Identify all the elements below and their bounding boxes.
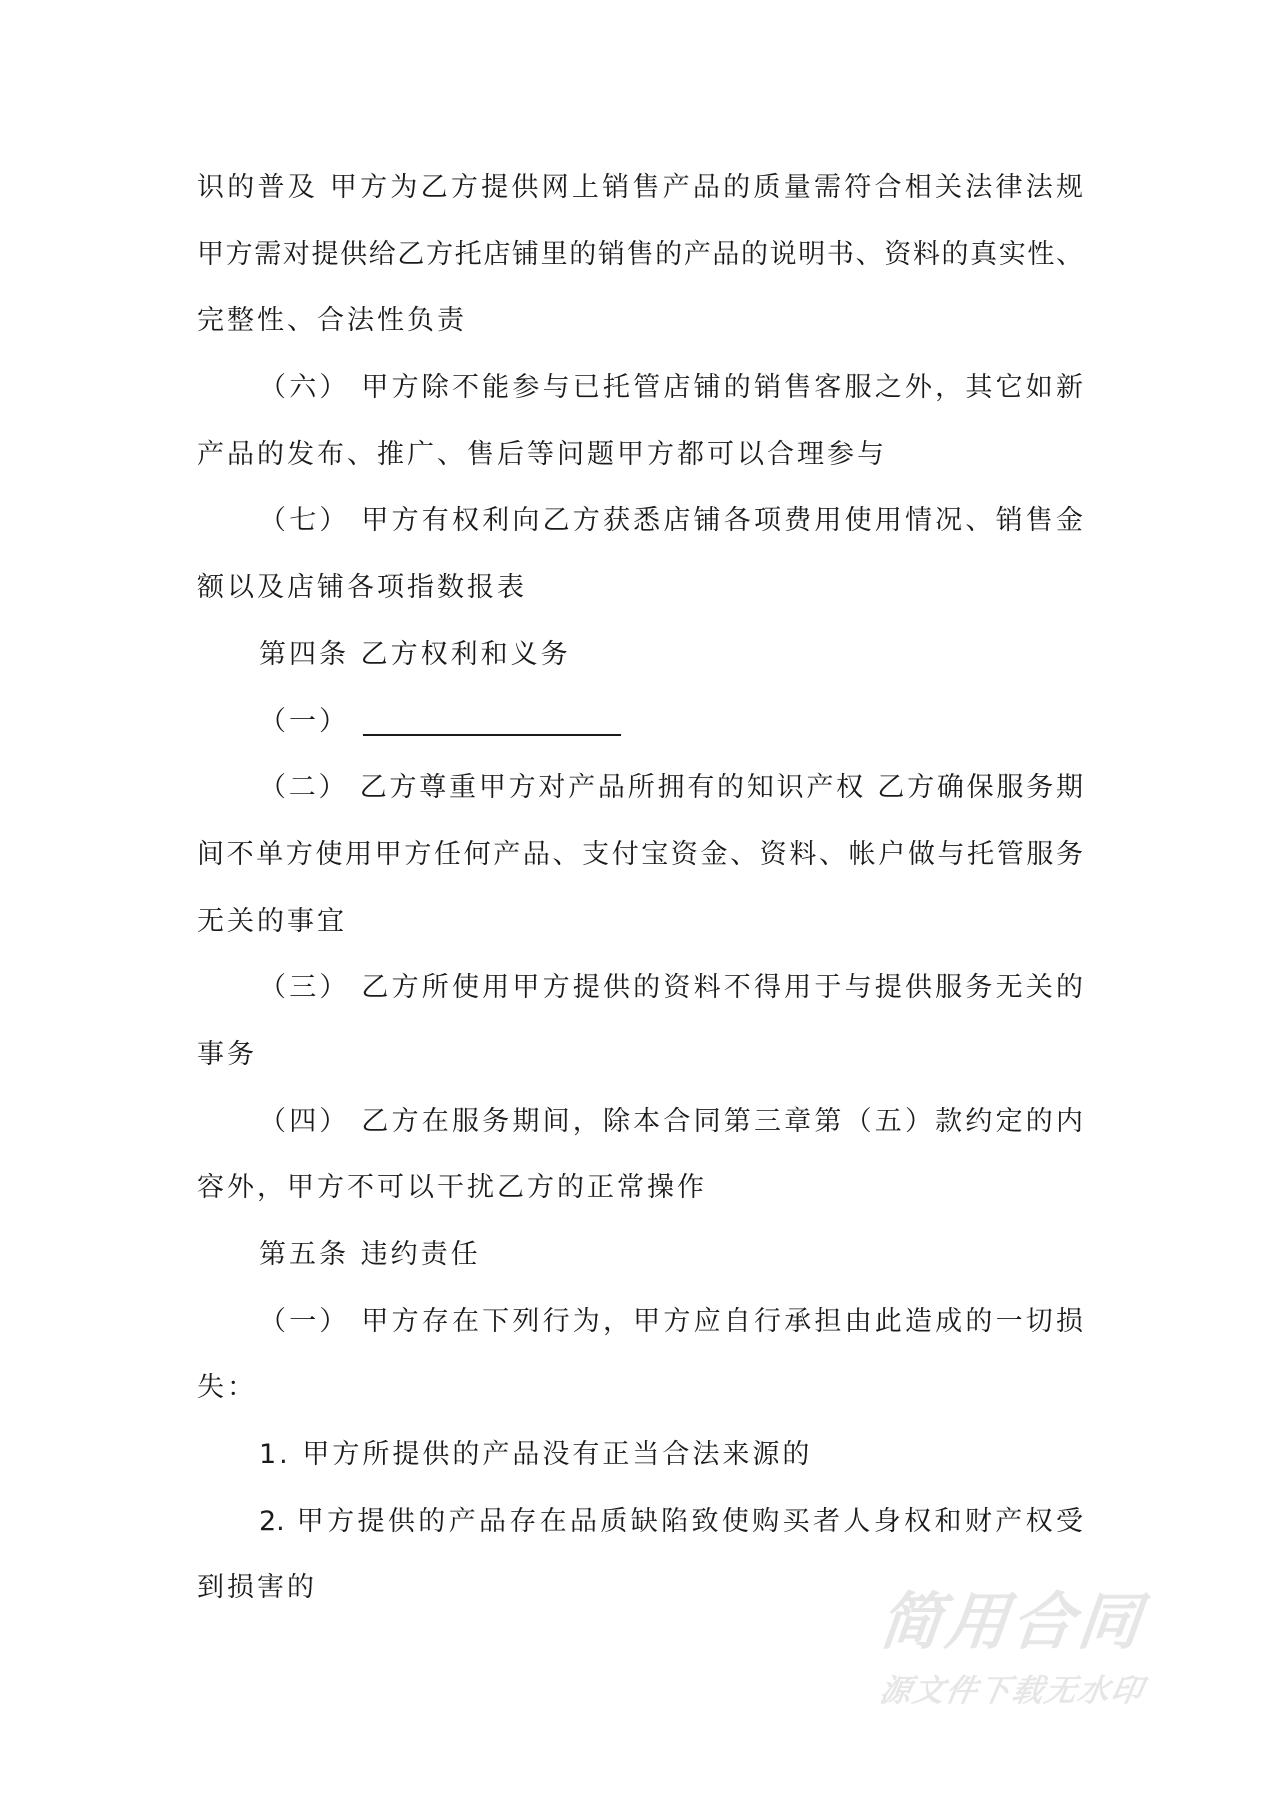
sub-item-1: 1. 甲方所提供的产品没有正当合法来源的 [197,1422,1083,1489]
clause-label: （一） [259,706,349,737]
paragraph-line: 产品的发布、推广、售后等问题甲方都可以合理参与 [197,422,1083,489]
clause-item-2: （二） 乙方尊重甲方对产品所拥有的知识产权 乙方确保服务期 [197,755,1083,822]
clause-item-1-blank: （一） [197,689,1083,756]
paragraph-line: 无关的事宜 [197,889,1083,956]
article-5-heading: 第五条 违约责任 [197,1222,1083,1289]
clause-item-3: （三） 乙方所使用甲方提供的资料不得用于与提供服务无关的 [197,955,1083,1022]
document-page: 识的普及 甲方为乙方提供网上销售产品的质量需符合相关法律法规 甲方需对提供给乙方… [0,0,1280,1810]
clause-item-7: （七） 甲方有权利向乙方获悉店铺各项费用使用情况、销售金 [197,488,1083,555]
document-body: 识的普及 甲方为乙方提供网上销售产品的质量需符合相关法律法规 甲方需对提供给乙方… [197,155,1083,1622]
clause-item-1: （一） 甲方存在下列行为，甲方应自行承担由此造成的一切损 [197,1289,1083,1356]
paragraph-line: 完整性、合法性负责 [197,288,1083,355]
paragraph-line: 事务 [197,1022,1083,1089]
fill-in-blank-line [363,733,621,736]
watermark-title: 简用合同 [876,1588,1183,1656]
paragraph-line: 容外，甲方不可以干扰乙方的正常操作 [197,1155,1083,1222]
clause-item-6: （六） 甲方除不能参与已托管店铺的销售客服之外，其它如新 [197,355,1083,422]
paragraph-line: 间不单方使用甲方任何产品、支付宝资金、资料、帐户做与托管服务 [197,822,1083,889]
watermark: 简用合同 源文件下载无水印 [880,1588,1180,1708]
watermark-subtitle: 源文件下载无水印 [877,1674,1183,1708]
paragraph-line: 识的普及 甲方为乙方提供网上销售产品的质量需符合相关法律法规 [197,155,1083,222]
paragraph-line: 额以及店铺各项指数报表 [197,555,1083,622]
paragraph-line: 失： [197,1355,1083,1422]
clause-item-4: （四） 乙方在服务期间，除本合同第三章第（五）款约定的内 [197,1089,1083,1156]
sub-item-2: 2. 甲方提供的产品存在品质缺陷致使购买者人身权和财产权受 [197,1489,1083,1556]
article-4-heading: 第四条 乙方权利和义务 [197,622,1083,689]
paragraph-line: 甲方需对提供给乙方托店铺里的销售的产品的说明书、资料的真实性、 [197,222,1083,289]
